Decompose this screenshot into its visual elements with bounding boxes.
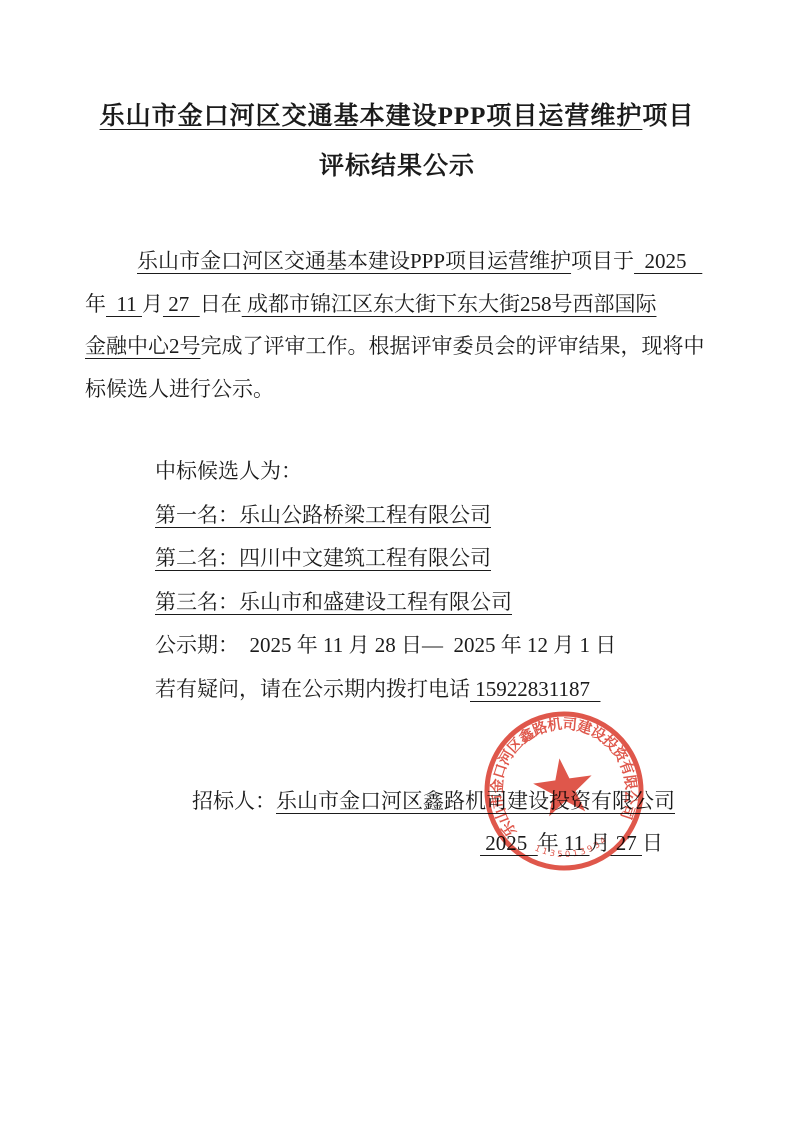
signature-month-blank: 11	[559, 831, 590, 855]
intro-paragraph: 乐山市金口河区交通基本建设PPP项目运营维护项目于 2025 年 11 月 27…	[85, 240, 715, 410]
year-blank: 2025	[634, 249, 702, 273]
contact-text: 若有疑问，请在公示期内拨打电话	[155, 677, 470, 701]
signature-month-label: 月	[590, 831, 611, 855]
candidate-third: 第三名：乐山市和盛建设工程有限公司	[155, 590, 512, 614]
year-suffix-label: 年	[85, 292, 106, 316]
day-suffix-label: 日在	[200, 292, 242, 316]
tenderer-label: 招标人：	[192, 789, 276, 813]
candidate-first: 第一名：乐山公路桥梁工程有限公司	[155, 503, 491, 527]
signature-year-blank: 2025	[480, 831, 538, 855]
title-project-name: 乐山市金口河区交通基本建设PPP项目运营维护	[100, 103, 643, 130]
contact-phone: 15922831187	[470, 677, 600, 701]
title-project-suffix: 项目	[642, 103, 694, 130]
page-title: 乐山市金口河区交通基本建设PPP项目运营维护项目 评标结果公示	[50, 92, 744, 192]
candidate-row-2: 第二名：四川中文建筑工程有限公司	[155, 537, 616, 581]
candidate-second: 第二名：四川中文建筑工程有限公司	[155, 546, 491, 570]
candidates-heading: 中标候选人为：	[155, 450, 616, 494]
tenderer-line: 招标人：乐山市金口河区鑫路机司建设投资有限公司	[85, 780, 675, 822]
month-blank: 11	[106, 292, 142, 316]
venue-blank-continued: 金融中心2号	[85, 334, 201, 358]
candidates-section: 中标候选人为： 第一名：乐山公路桥梁工程有限公司 第二名：四川中文建筑工程有限公…	[155, 450, 616, 712]
intro-line-2: 年 11 月 27 日在 成都市锦江区东大街下东大街258号西部国际	[85, 283, 715, 326]
tenderer-company: 乐山市金口河区鑫路机司建设投资有限公司	[276, 789, 675, 813]
contact-line: 若有疑问，请在公示期内拨打电话 15922831187	[155, 668, 616, 712]
candidate-row-1: 第一名：乐山公路桥梁工程有限公司	[155, 494, 616, 538]
intro-line-4: 标候选人进行公示。	[85, 368, 715, 411]
signature-block: 招标人：乐山市金口河区鑫路机司建设投资有限公司 2025 年 11 月 27 日	[85, 780, 675, 864]
publicity-period: 公示期： 2025 年 11 月 28 日— 2025 年 12 月 1 日	[155, 624, 616, 668]
signature-day-blank: 27	[611, 831, 643, 855]
venue-blank: 成都市锦江区东大街下东大街258号西部国际	[242, 292, 657, 316]
signature-day-label: 日	[642, 831, 663, 855]
announcement-page: 乐山市金口河区交通基本建设PPP项目运营维护项目 评标结果公示 乐山市金口河区交…	[0, 0, 794, 1122]
intro-line-1: 乐山市金口河区交通基本建设PPP项目运营维护项目于 2025	[85, 240, 715, 283]
intro-line-1-text: 项目于	[571, 249, 634, 273]
signature-year-label: 年	[538, 831, 559, 855]
intro-line-3-text: 完成了评审工作。根据评审委员会的评审结果，现将中	[201, 334, 705, 358]
title-line-1: 乐山市金口河区交通基本建设PPP项目运营维护项目	[50, 92, 744, 142]
signature-date-line: 2025 年 11 月 27 日	[85, 822, 675, 864]
candidate-row-3: 第三名：乐山市和盛建设工程有限公司	[155, 581, 616, 625]
project-name-blank: 乐山市金口河区交通基本建设PPP项目运营维护	[137, 249, 571, 273]
title-line-2: 评标结果公示	[50, 142, 744, 192]
intro-line-3: 金融中心2号完成了评审工作。根据评审委员会的评审结果，现将中	[85, 325, 715, 368]
day-blank: 27	[163, 292, 200, 316]
month-label: 月	[142, 292, 163, 316]
